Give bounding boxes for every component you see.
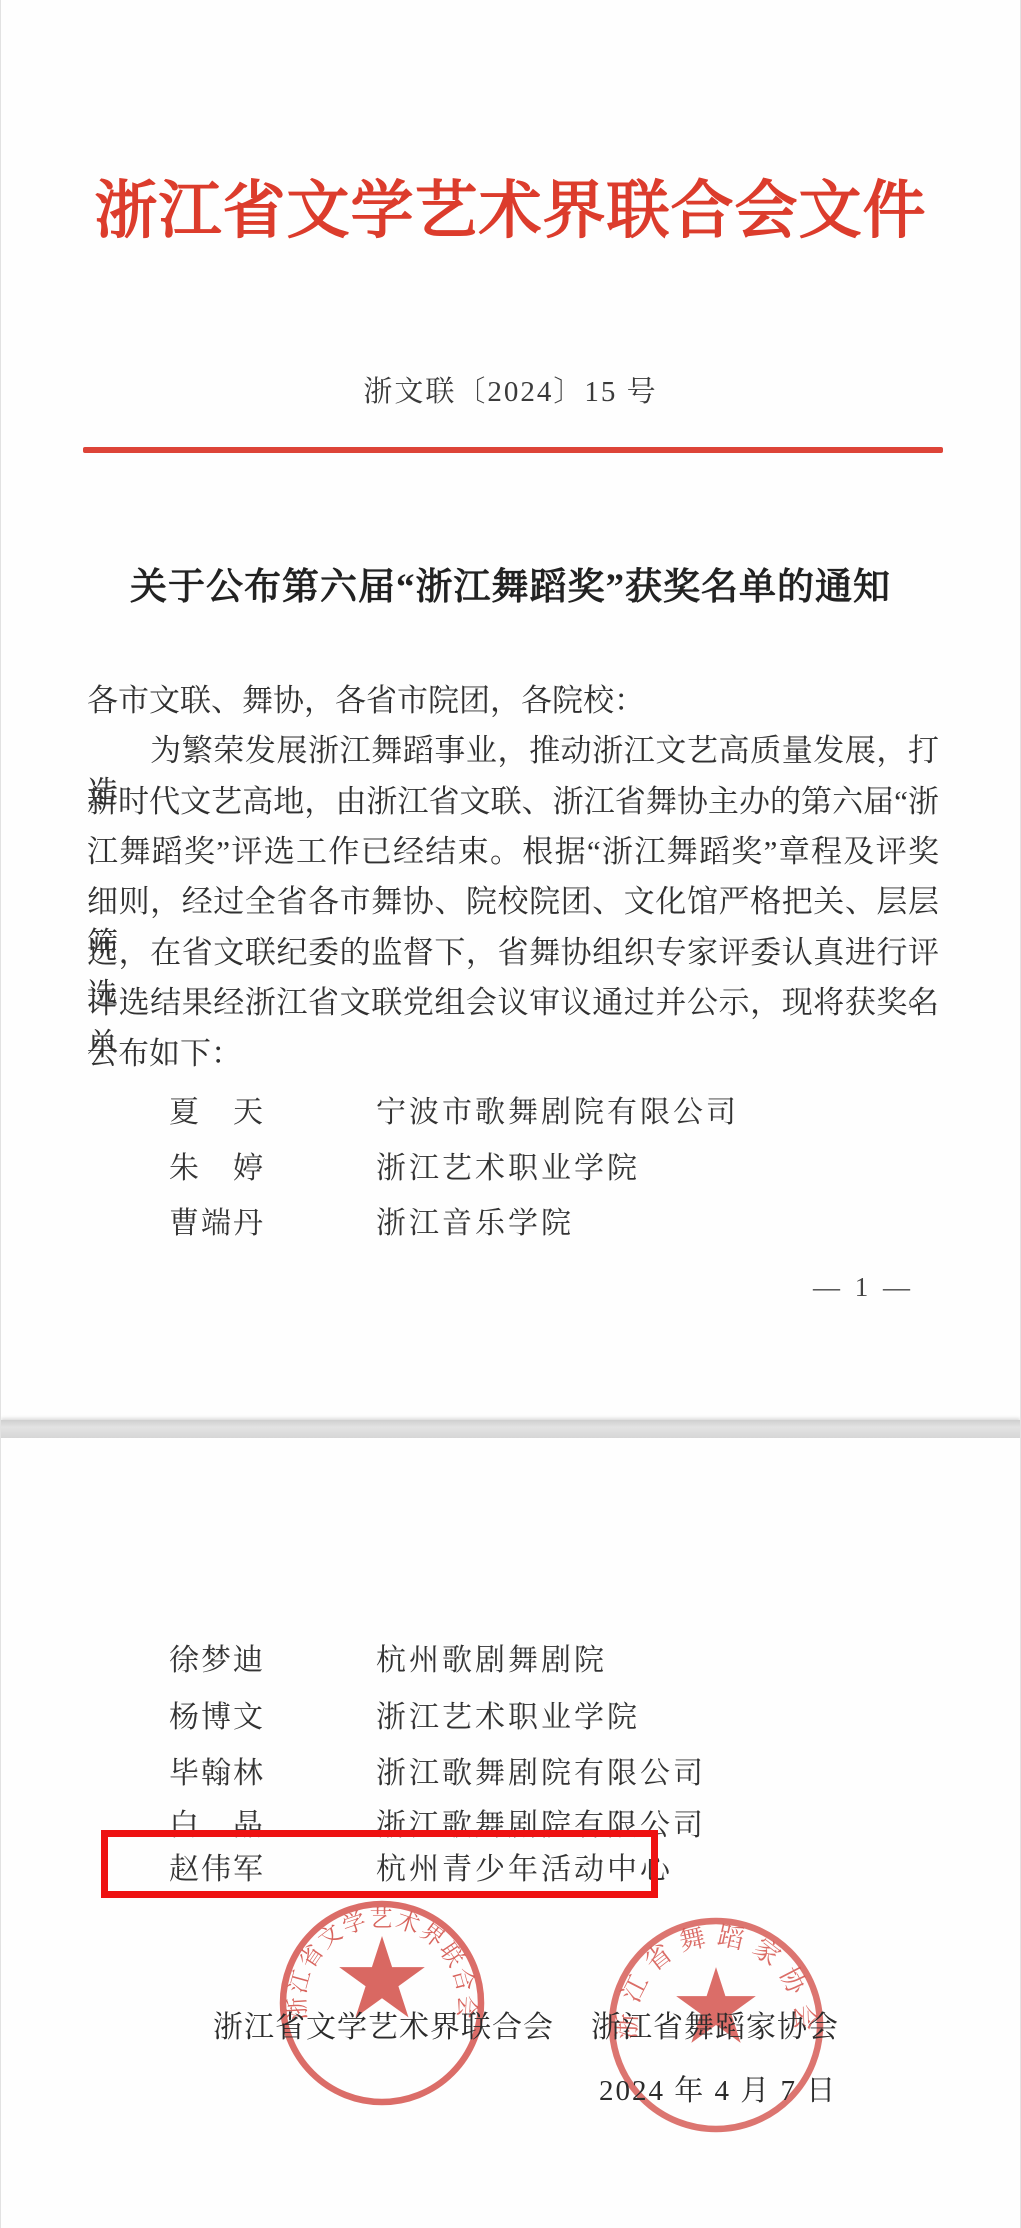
- page-number: — 1 —: [813, 1272, 914, 1303]
- awardee-name: 夏 天: [169, 1087, 265, 1131]
- award-row: 曹端丹 浙江音乐学院: [1, 1198, 1020, 1242]
- body-line: 新时代文艺高地，由浙江省文联、浙江省舞协主办的第六届“浙: [87, 781, 939, 823]
- award-row: 毕翰林 浙江歌舞剧院有限公司: [1, 1748, 1020, 1792]
- salutation-line: 各市文联、舞协，各省市院团，各院校：: [87, 680, 939, 722]
- awardee-name: 徐梦迪: [169, 1635, 265, 1679]
- award-row: 朱 婷 浙江艺术职业学院: [1, 1143, 1020, 1187]
- signature-federation: 浙江省文学艺术界联合会: [213, 2002, 554, 2046]
- award-row: 夏 天 宁波市歌舞剧院有限公司: [1, 1087, 1020, 1131]
- awardee-organization: 浙江音乐学院: [376, 1198, 574, 1242]
- body-line: 江舞蹈奖”评选工作已经结束。根据“浙江舞蹈奖”章程及评奖: [87, 831, 939, 873]
- red-divider-rule: [83, 447, 943, 453]
- page-divider: [1, 1420, 1020, 1438]
- awardee-name: 曹端丹: [169, 1198, 265, 1242]
- awardee-organization: 杭州歌剧舞剧院: [376, 1635, 607, 1679]
- signature-dancers-association: 浙江省舞蹈家协会: [591, 2002, 839, 2046]
- notice-title: 关于公布第六届“浙江舞蹈奖”获奖名单的通知: [1, 556, 1020, 610]
- award-row: 徐梦迪 杭州歌剧舞剧院: [1, 1635, 1020, 1679]
- award-row: 杨博文 浙江艺术职业学院: [1, 1692, 1020, 1736]
- awardee-organization: 浙江艺术职业学院: [376, 1692, 640, 1736]
- awardee-name: 毕翰林: [169, 1748, 265, 1792]
- awardee-organization: 浙江歌舞剧院有限公司: [376, 1748, 706, 1792]
- page-2: 徐梦迪 杭州歌剧舞剧院 杨博文 浙江艺术职业学院 毕翰林 浙江歌舞剧院有限公司 …: [1, 1438, 1020, 2228]
- page-1: 浙江省文学艺术界联合会文件 浙文联〔2024〕15 号 关于公布第六届“浙江舞蹈…: [1, 0, 1020, 1420]
- document-date: 2024 年 4 月 7 日: [599, 2068, 837, 2109]
- awardee-organization: 宁波市歌舞剧院有限公司: [376, 1087, 739, 1131]
- awardee-organization: 浙江艺术职业学院: [376, 1143, 640, 1187]
- body-line: 公布如下：: [87, 1033, 939, 1075]
- awardee-name: 杨博文: [169, 1692, 265, 1736]
- agency-header: 浙江省文学艺术界联合会文件: [1, 160, 1020, 251]
- document-number: 浙文联〔2024〕15 号: [1, 369, 1020, 410]
- awardee-name: 朱 婷: [169, 1143, 265, 1187]
- scanned-document: 浙江省文学艺术界联合会文件 浙文联〔2024〕15 号 关于公布第六届“浙江舞蹈…: [0, 0, 1021, 2228]
